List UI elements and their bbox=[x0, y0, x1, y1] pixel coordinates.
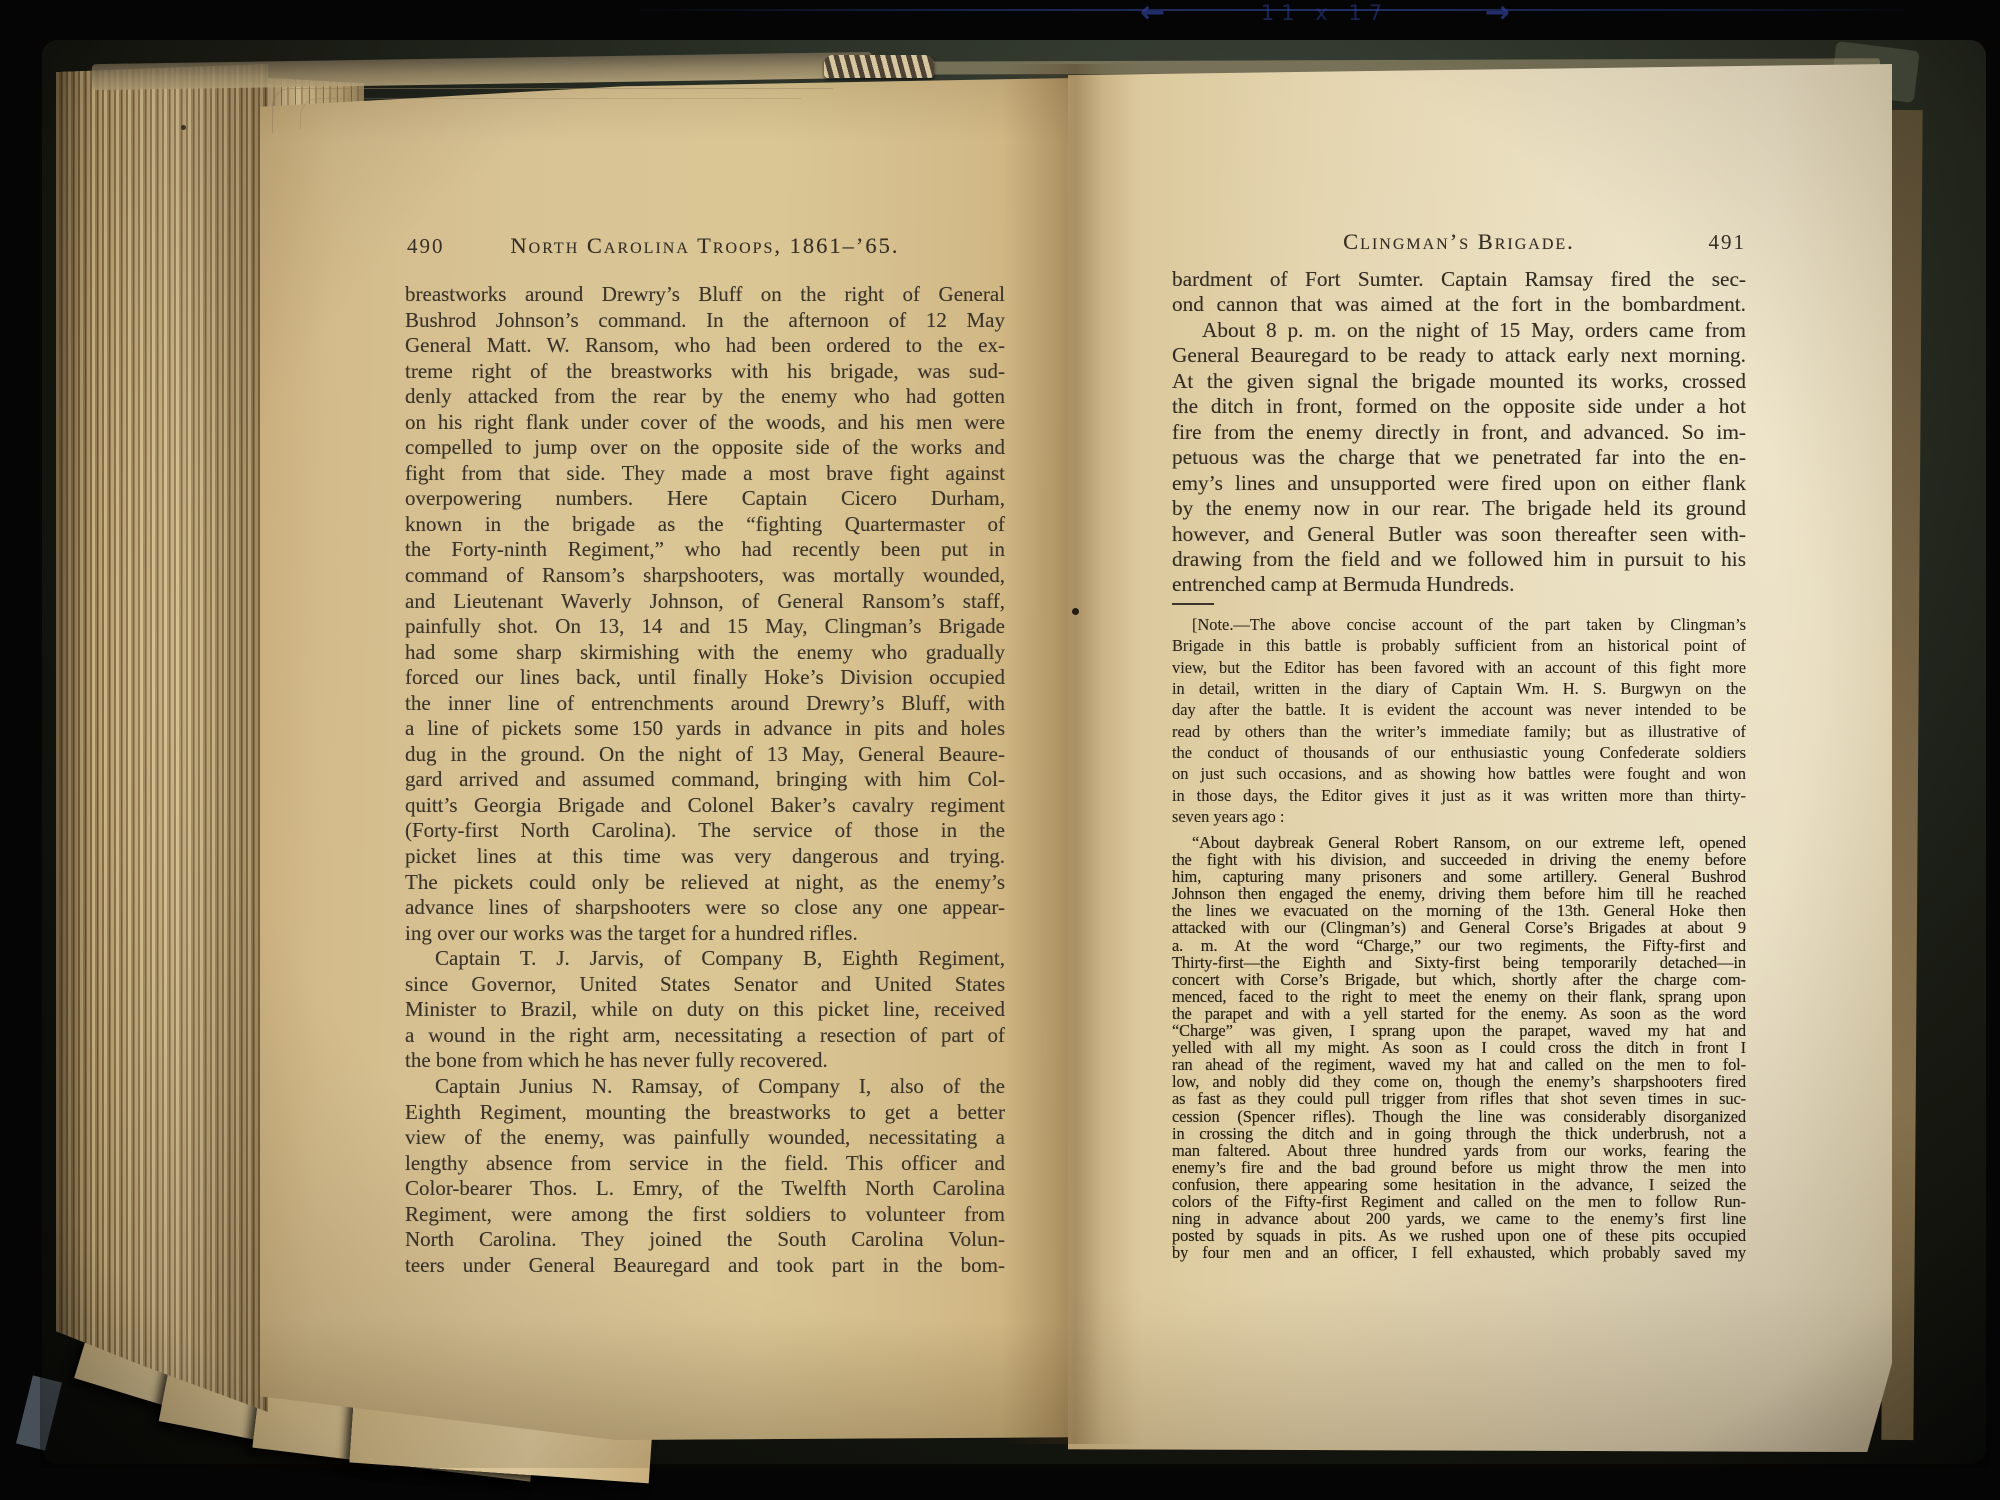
note-rule bbox=[1172, 603, 1214, 605]
text-line: the lines we evacuated on the morning of… bbox=[1172, 902, 1746, 919]
text-line: quitt’s Georgia Brigade and Colonel Bake… bbox=[405, 793, 1005, 819]
text-line: [Note.—The above concise account of the … bbox=[1172, 614, 1746, 635]
text-line: the ditch in front, formed on the opposi… bbox=[1172, 394, 1746, 419]
text-line: Minister to Brazil, while on duty on thi… bbox=[405, 997, 1005, 1023]
text-line: a line of pickets some 150 yards in adva… bbox=[405, 716, 1005, 742]
text-line: About 8 p. m. on the night of 15 May, or… bbox=[1172, 318, 1746, 343]
text-line: command of Ransom’s sharpshooters, was m… bbox=[405, 563, 1005, 589]
headband bbox=[824, 55, 934, 78]
text-line: in those days, the Editor gives it just … bbox=[1172, 785, 1746, 806]
text-line: the conduct of thousands of our enthusia… bbox=[1172, 742, 1746, 763]
text-line: ning in advance about 200 yards, we came… bbox=[1172, 1210, 1746, 1227]
text-line: the parapet and with a yell started for … bbox=[1172, 1005, 1746, 1022]
text-line: petuous was the charge that we penetrate… bbox=[1172, 445, 1746, 470]
text-line: menced, faced to the right to meet the e… bbox=[1172, 988, 1746, 1005]
text-line: the inner line of entrenchments around D… bbox=[405, 691, 1005, 717]
text-line: a wound in the right arm, necessitating … bbox=[405, 1023, 1005, 1049]
text-line: in detail, written in the diary of Capta… bbox=[1172, 678, 1746, 699]
text-line: denly attacked from the rear by the enem… bbox=[405, 384, 1005, 410]
left-arrow-icon: ← bbox=[1140, 0, 1165, 26]
text-line: ond cannon that was aimed at the fort in… bbox=[1172, 292, 1746, 317]
text-line: breastworks around Drewry’s Bluff on the… bbox=[405, 282, 1005, 308]
left-page-header: 490 North Carolina Troops, 1861–’65. bbox=[405, 233, 1005, 263]
text-line: cession (Spencer rifles). Though the lin… bbox=[1172, 1108, 1746, 1125]
text-line: the fight with his division, and succeed… bbox=[1172, 851, 1746, 868]
text-line: day after the battle. It is evident the … bbox=[1172, 699, 1746, 720]
text-line: the bone from which he has never fully r… bbox=[405, 1048, 1005, 1074]
text-line: and Lieutenant Waverly Johnson, of Gener… bbox=[405, 589, 1005, 615]
text-line: enemy’s fire and the bad ground before u… bbox=[1172, 1159, 1746, 1176]
text-line: on his right flank under cover of the wo… bbox=[405, 410, 1005, 436]
text-line: Thirty-first—the Eighth and Sixty-first … bbox=[1172, 954, 1746, 971]
text-line: gard arrived and assumed command, bringi… bbox=[405, 767, 1005, 793]
text-line: forced our lines back, until finally Hok… bbox=[405, 665, 1005, 691]
text-line: treme right of the breastworks with his … bbox=[405, 359, 1005, 385]
text-line: the Forty-ninth Regiment,” who had recen… bbox=[405, 537, 1005, 563]
text-line: advance lines of sharpshooters were so c… bbox=[405, 895, 1005, 921]
text-line: read by others than the writer’s immedia… bbox=[1172, 721, 1746, 742]
book-scan-photo: ← 11 x 17 → 490 North Carolina Troops, 1… bbox=[0, 0, 2000, 1500]
text-line: concert with Corse’s Brigade, but which,… bbox=[1172, 971, 1746, 988]
fore-edge-page-stack bbox=[56, 64, 268, 1412]
text-line: entrenched camp at Bermuda Hundreds. bbox=[1172, 572, 1746, 597]
text-line: view, but the Editor has been favored wi… bbox=[1172, 657, 1746, 678]
text-line: by the enemy now in our rear. The brigad… bbox=[1172, 496, 1746, 521]
text-line: since Governor, United States Senator an… bbox=[405, 972, 1005, 998]
text-line: fight from that side. They made a most b… bbox=[405, 461, 1005, 487]
text-line: a. m. At the word “Charge,” our two regi… bbox=[1172, 937, 1746, 954]
text-line: bardment of Fort Sumter. Captain Ramsay … bbox=[1172, 267, 1746, 292]
ink-speck bbox=[1072, 608, 1079, 615]
running-title: North Carolina Troops, 1861–’65. bbox=[405, 233, 1005, 259]
text-line: Johnson then engaged the enemy, driving … bbox=[1172, 885, 1746, 902]
text-line: attacked with our (Clingman’s) and Gener… bbox=[1172, 919, 1746, 936]
page-number: 490 bbox=[407, 234, 445, 259]
text-line: lengthy absence from service in the fiel… bbox=[405, 1151, 1005, 1177]
text-line: The pickets could only be relieved at ni… bbox=[405, 870, 1005, 896]
text-line: drawing from the field and we followed h… bbox=[1172, 547, 1746, 572]
text-line: ing over our works was the target for a … bbox=[405, 921, 1005, 947]
text-line: by four men and an officer, I fell exhau… bbox=[1172, 1244, 1746, 1261]
text-line: low, and nobly did they come on, though … bbox=[1172, 1073, 1746, 1090]
scanner-size-label: ← 11 x 17 → bbox=[1140, 0, 1510, 26]
text-line: Color-bearer Thos. L. Emry, of the Twelf… bbox=[405, 1176, 1005, 1202]
left-page-body: breastworks around Drewry’s Bluff on the… bbox=[405, 282, 1005, 1278]
text-line: picket lines at this time was very dange… bbox=[405, 844, 1005, 870]
text-line: emy’s lines and unsupported were fired u… bbox=[1172, 471, 1746, 496]
text-line: yelled with all my might. As soon as I c… bbox=[1172, 1039, 1746, 1056]
page-number: 491 bbox=[1709, 230, 1747, 255]
text-line: teers under General Beauregard and took … bbox=[405, 1253, 1005, 1279]
right-page-header: Clingman’s Brigade. 491 bbox=[1172, 229, 1746, 259]
running-title: Clingman’s Brigade. bbox=[1172, 229, 1746, 255]
text-line: known in the brigade as the “fighting Qu… bbox=[405, 512, 1005, 538]
text-line: had some sharp skirmishing with the enem… bbox=[405, 640, 1005, 666]
text-line: Brigade in this battle is probably suffi… bbox=[1172, 635, 1746, 656]
text-line: dug in the ground. On the night of 13 Ma… bbox=[405, 742, 1005, 768]
text-line: At the given signal the brigade mounted … bbox=[1172, 369, 1746, 394]
right-page-body: bardment of Fort Sumter. Captain Ramsay … bbox=[1172, 267, 1746, 598]
text-line: Eighth Regiment, mounting the breastwork… bbox=[405, 1100, 1005, 1126]
text-line: “Charge” was given, I sprang upon the pa… bbox=[1172, 1022, 1746, 1039]
text-line: on just such occasions, and as showing h… bbox=[1172, 763, 1746, 784]
text-line: “About daybreak General Robert Ransom, o… bbox=[1172, 834, 1746, 851]
scanner-size-text: 11 x 17 bbox=[1261, 1, 1389, 25]
text-line: (Forty-first North Carolina). The servic… bbox=[405, 818, 1005, 844]
text-line: Bushrod Johnson’s command. In the aftern… bbox=[405, 308, 1005, 334]
text-line: view of the enemy, was painfully wounded… bbox=[405, 1125, 1005, 1151]
editor-note: [Note.—The above concise account of the … bbox=[1172, 614, 1746, 827]
text-line: ran ahead of the regiment, waved my hat … bbox=[1172, 1056, 1746, 1073]
inner-page-edge-line bbox=[300, 98, 801, 129]
text-line: colors of the Fifty-first Regiment and c… bbox=[1172, 1193, 1746, 1210]
text-line: Captain T. J. Jarvis, of Company B, Eigh… bbox=[405, 946, 1005, 972]
text-line: overpowering numbers. Here Captain Cicer… bbox=[405, 486, 1005, 512]
text-line: confusion, there appearing some hesitati… bbox=[1172, 1176, 1746, 1193]
text-line: Regiment, were among the first soldiers … bbox=[405, 1202, 1005, 1228]
text-line: man faltered. About three hundred yards … bbox=[1172, 1142, 1746, 1159]
text-line: North Carolina. They joined the South Ca… bbox=[405, 1227, 1005, 1253]
ink-speck bbox=[181, 125, 186, 130]
text-line: posted by squads in pits. As we rushed u… bbox=[1172, 1227, 1746, 1244]
text-line: compelled to jump over on the opposite s… bbox=[405, 435, 1005, 461]
text-line: painfully shot. On 13, 14 and 15 May, Cl… bbox=[405, 614, 1005, 640]
text-line: as fast as they could pull trigger from … bbox=[1172, 1090, 1746, 1107]
text-line: however, and General Butler was soon the… bbox=[1172, 522, 1746, 547]
right-arrow-icon: → bbox=[1485, 0, 1510, 26]
text-line: General Matt. W. Ransom, who had been or… bbox=[405, 333, 1005, 359]
text-line: in crossing the ditch and in going throu… bbox=[1172, 1125, 1746, 1142]
diary-quote: “About daybreak General Robert Ransom, o… bbox=[1172, 834, 1746, 1261]
text-line: General Beauregard to be ready to attack… bbox=[1172, 343, 1746, 368]
text-line: Captain Junius N. Ramsay, of Company I, … bbox=[405, 1074, 1005, 1100]
text-line: him, capturing many prisoners and some a… bbox=[1172, 868, 1746, 885]
text-line: seven years ago : bbox=[1172, 806, 1746, 827]
text-line: fire from the enemy directly in front, a… bbox=[1172, 420, 1746, 445]
